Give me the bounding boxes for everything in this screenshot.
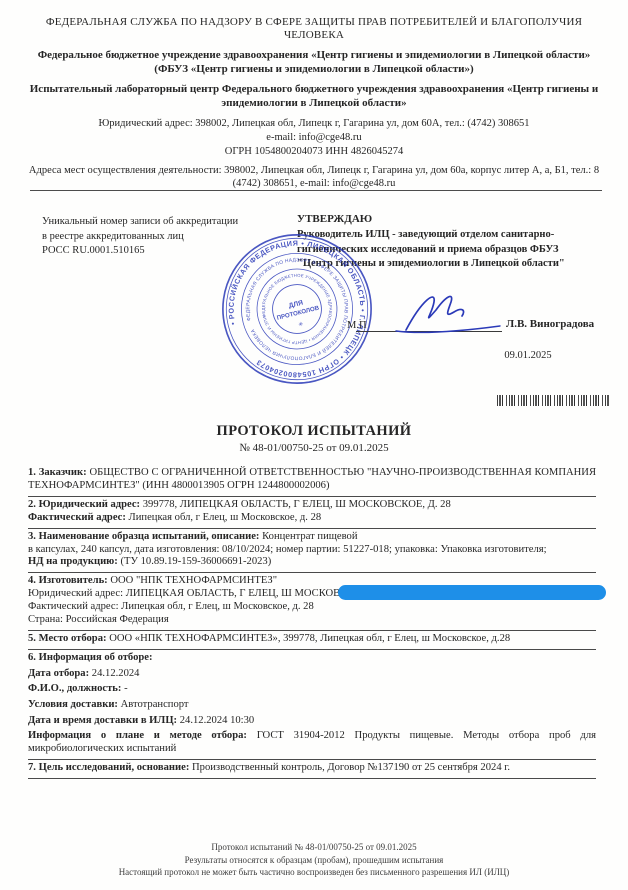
document-title-block: ПРОТОКОЛ ИСПЫТАНИЙ № 48-01/00750-25 от 0… <box>0 423 628 454</box>
section-sample: 3. Наименование образца испытаний, описа… <box>28 529 596 574</box>
redaction-highlight <box>338 585 606 600</box>
section2-actual-label: Фактический адрес: <box>28 512 126 523</box>
section3-continuation: в капсулах, 240 капсул, дата изготовлени… <box>28 544 596 557</box>
mp-seal-mark: М.П <box>347 320 367 331</box>
sampling-date-value: 24.12.2024 <box>92 668 140 679</box>
section4-text: ООО "НПК ТЕХНОФАРМСИНТЕЗ" <box>110 575 277 586</box>
barcode <box>497 395 610 406</box>
activity-addresses: Адреса мест осуществления деятельности: … <box>24 164 604 190</box>
section-legal-address: 2. Юридический адрес: 399778, ЛИПЕЦКАЯ О… <box>28 497 596 529</box>
section2-actual-text: Липецкая обл, г Елец, ш Московское, д. 2… <box>129 512 322 523</box>
section1-text: ОБЩЕСТВО С ОГРАНИЧЕННОЙ ОТВЕТСТВЕННОСТЬЮ… <box>28 467 596 491</box>
sampling-date-label: Дата отбора: <box>28 668 89 679</box>
section-sampling-place: 5. Место отбора: ООО «НПК ТЕХНОФАРМСИНТЕ… <box>28 631 596 650</box>
section3-nd-label: НД на продукцию: <box>28 556 118 567</box>
section4-country: Страна: Российская Федерация <box>28 614 596 627</box>
section2-text: 399778, ЛИПЕЦКАЯ ОБЛАСТЬ, Г ЕЛЕЦ, Ш МОСК… <box>143 499 451 510</box>
signature-icon <box>392 286 504 336</box>
approval-date: 09.01.2025 <box>468 350 588 361</box>
section4-label: 4. Изготовитель: <box>28 575 108 586</box>
section-sampling-info: 6. Информация об отборе: Дата отбора: 24… <box>28 650 596 760</box>
section4-actual-address: Фактический адрес: Липецкая обл, г Елец,… <box>28 601 596 614</box>
signer-name: Л.В. Виноградова <box>506 318 594 330</box>
document-body: 1. Заказчик: ОБЩЕСТВО С ОГРАНИЧЕННОЙ ОТВ… <box>28 467 596 779</box>
footer-protocol-ref: Протокол испытаний № 48-01/00750-25 от 0… <box>0 841 628 854</box>
section1-label: 1. Заказчик: <box>28 467 87 478</box>
delivery-value: Автотранспорт <box>121 699 189 710</box>
section7-text: Производственный контроль, Договор №1371… <box>192 762 510 773</box>
document-footer: Протокол испытаний № 48-01/00750-25 от 0… <box>0 841 628 879</box>
fio-value: - <box>124 683 128 694</box>
section6-label: 6. Информация об отборе: <box>28 652 153 663</box>
arrival-value: 24.12.2024 10:30 <box>180 715 254 726</box>
federal-service-name: ФЕДЕРАЛЬНАЯ СЛУЖБА ПО НАДЗОРУ В СФЕРЕ ЗА… <box>24 16 604 42</box>
delivery-label: Условия доставки: <box>28 699 118 710</box>
section2-label: 2. Юридический адрес: <box>28 499 140 510</box>
footer-results-note: Результаты относятся к образцам (пробам)… <box>0 854 628 867</box>
protocol-document-page: ФЕДЕРАЛЬНАЯ СЛУЖБА ПО НАДЗОРУ В СФЕРЕ ЗА… <box>0 0 628 890</box>
section5-label: 5. Место отбора: <box>28 633 107 644</box>
ogrn-inn: ОГРН 1054800204073 ИНН 4826045274 <box>24 145 604 158</box>
email: e-mail: info@cge48.ru <box>24 131 604 144</box>
section3-nd-text: (ТУ 10.89.19-159-36006691-2023) <box>120 556 271 567</box>
legal-address: Юридический адрес: 398002, Липецкая обл,… <box>24 117 604 130</box>
document-number: № 48-01/00750-25 от 09.01.2025 <box>0 442 628 454</box>
document-title: ПРОТОКОЛ ИСПЫТАНИЙ <box>0 423 628 440</box>
organization-name: Федеральное бюджетное учреждение здравоо… <box>24 49 604 76</box>
stamp-center-mark: ✳ <box>298 321 305 329</box>
section3-label: 3. Наименование образца испытаний, описа… <box>28 531 259 542</box>
section7-label: 7. Цель исследований, основание: <box>28 762 189 773</box>
fio-label: Ф.И.О., должность: <box>28 683 121 694</box>
header-divider <box>30 190 602 191</box>
footer-copy-note: Настоящий протокол не может быть частичн… <box>0 866 628 879</box>
document-header: ФЕДЕРАЛЬНАЯ СЛУЖБА ПО НАДЗОРУ В СФЕРЕ ЗА… <box>24 16 604 196</box>
section3-text: Концентрат пищевой <box>262 531 357 542</box>
lab-center-name: Испытательный лабораторный центр Федерал… <box>24 83 604 110</box>
section-purpose: 7. Цель исследований, основание: Произво… <box>28 760 596 779</box>
section-manufacturer: 4. Изготовитель: ООО "НПК ТЕХНОФАРМСИНТЕ… <box>28 573 596 631</box>
section-customer: 1. Заказчик: ОБЩЕСТВО С ОГРАНИЧЕННОЙ ОТВ… <box>28 467 596 497</box>
section5-text: ООО «НПК ТЕХНОФАРМСИНТЕЗ», 399778, Липец… <box>109 633 510 644</box>
plan-label: Информация о плане и методе отбора: <box>28 730 247 741</box>
arrival-label: Дата и время доставки в ИЛЦ: <box>28 715 177 726</box>
accreditation-line1: Уникальный номер записи об аккредитации <box>42 215 277 230</box>
